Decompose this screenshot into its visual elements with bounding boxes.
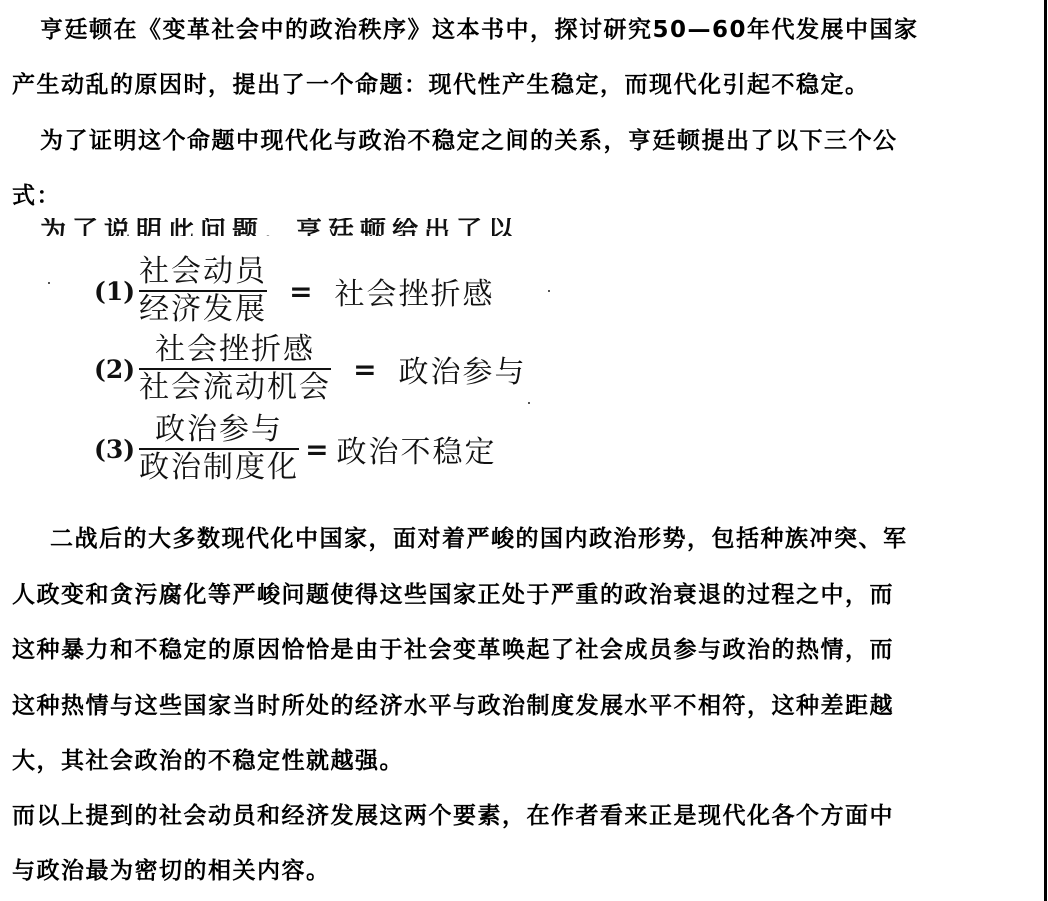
formula-2-numerator: 社会挫折感 [155,332,315,368]
paragraph-1-line-1: 亨廷顿在《变革社会中的政治秩序》这本书中，探讨研究50—60年代发展中国家 [40,15,919,45]
formula-2: (2) 社会挫折感 社会流动机会 = 政治参与 [94,332,527,406]
paragraph-3-line-4: 这种热情与这些国家当时所处的经济水平与政治制度发展水平不相符，这种差距越 [12,691,894,721]
paragraph-1-line-2: 产生动乱的原因时，提出了一个命题：现代性产生稳定，而现代化引起不稳定。 [12,70,870,100]
formula-1-equals: = [289,275,312,308]
scan-speck [48,282,50,284]
paragraph-3-line-5: 大，其社会政治的不稳定性就越强。 [12,746,404,776]
formula-3-numerator: 政治参与 [155,412,283,448]
paragraph-2-line-2: 式： [12,181,61,211]
paragraph-3-line-2: 人政变和贪污腐化等严峻问题使得这些国家正处于严重的政治衰退的过程之中，而 [12,580,894,610]
paragraph-2-line-1: 为了证明这个命题中现代化与政治不稳定之间的关系，亨廷顿提出了以下三个公 [40,126,898,156]
formula-1-label: (1) [94,277,135,306]
formula-1: (1) 社会动员 经济发展 = 社会挫折感 [94,254,495,328]
formula-3-label: (3) [94,435,135,464]
page-right-border [1044,0,1047,901]
formula-1-fraction: 社会动员 经济发展 [139,254,267,328]
paragraph-3-line-1: 二战后的大多数现代化中国家，面对着严峻的国内政治形势，包括种族冲突、军 [50,524,908,554]
formula-2-equals: = [353,353,376,386]
formula-2-label: (2) [94,355,135,384]
formula-2-fraction: 社会挫折感 社会流动机会 [139,332,331,406]
formula-3-equals: = [305,433,328,466]
formula-2-denominator: 社会流动机会 [139,370,331,406]
paragraph-4-line-1: 而以上提到的社会动员和经济发展这两个要素，在作者看来正是现代化各个方面中 [12,801,894,831]
scan-speck [548,290,550,292]
formula-1-result: 社会挫折感 [335,269,495,313]
paragraph-4-line-2: 与政治最为密切的相关内容。 [12,856,331,886]
formula-3-fraction: 政治参与 政治制度化 [139,412,299,486]
scan-speck [528,402,530,404]
formula-3-denominator: 政治制度化 [139,450,299,486]
formula-1-numerator: 社会动员 [139,254,267,290]
formula-2-result: 政治参与 [399,347,527,391]
scanned-text-fragment: 为了说明此问题，亨廷顿给出了以 [40,218,560,236]
paragraph-3-line-3: 这种暴力和不稳定的原因恰恰是由于社会变革唤起了社会成员参与政治的热情，而 [12,635,894,665]
formula-3-result: 政治不稳定 [337,427,497,471]
formula-1-denominator: 经济发展 [139,292,267,328]
formula-3: (3) 政治参与 政治制度化 = 政治不稳定 [94,412,497,486]
